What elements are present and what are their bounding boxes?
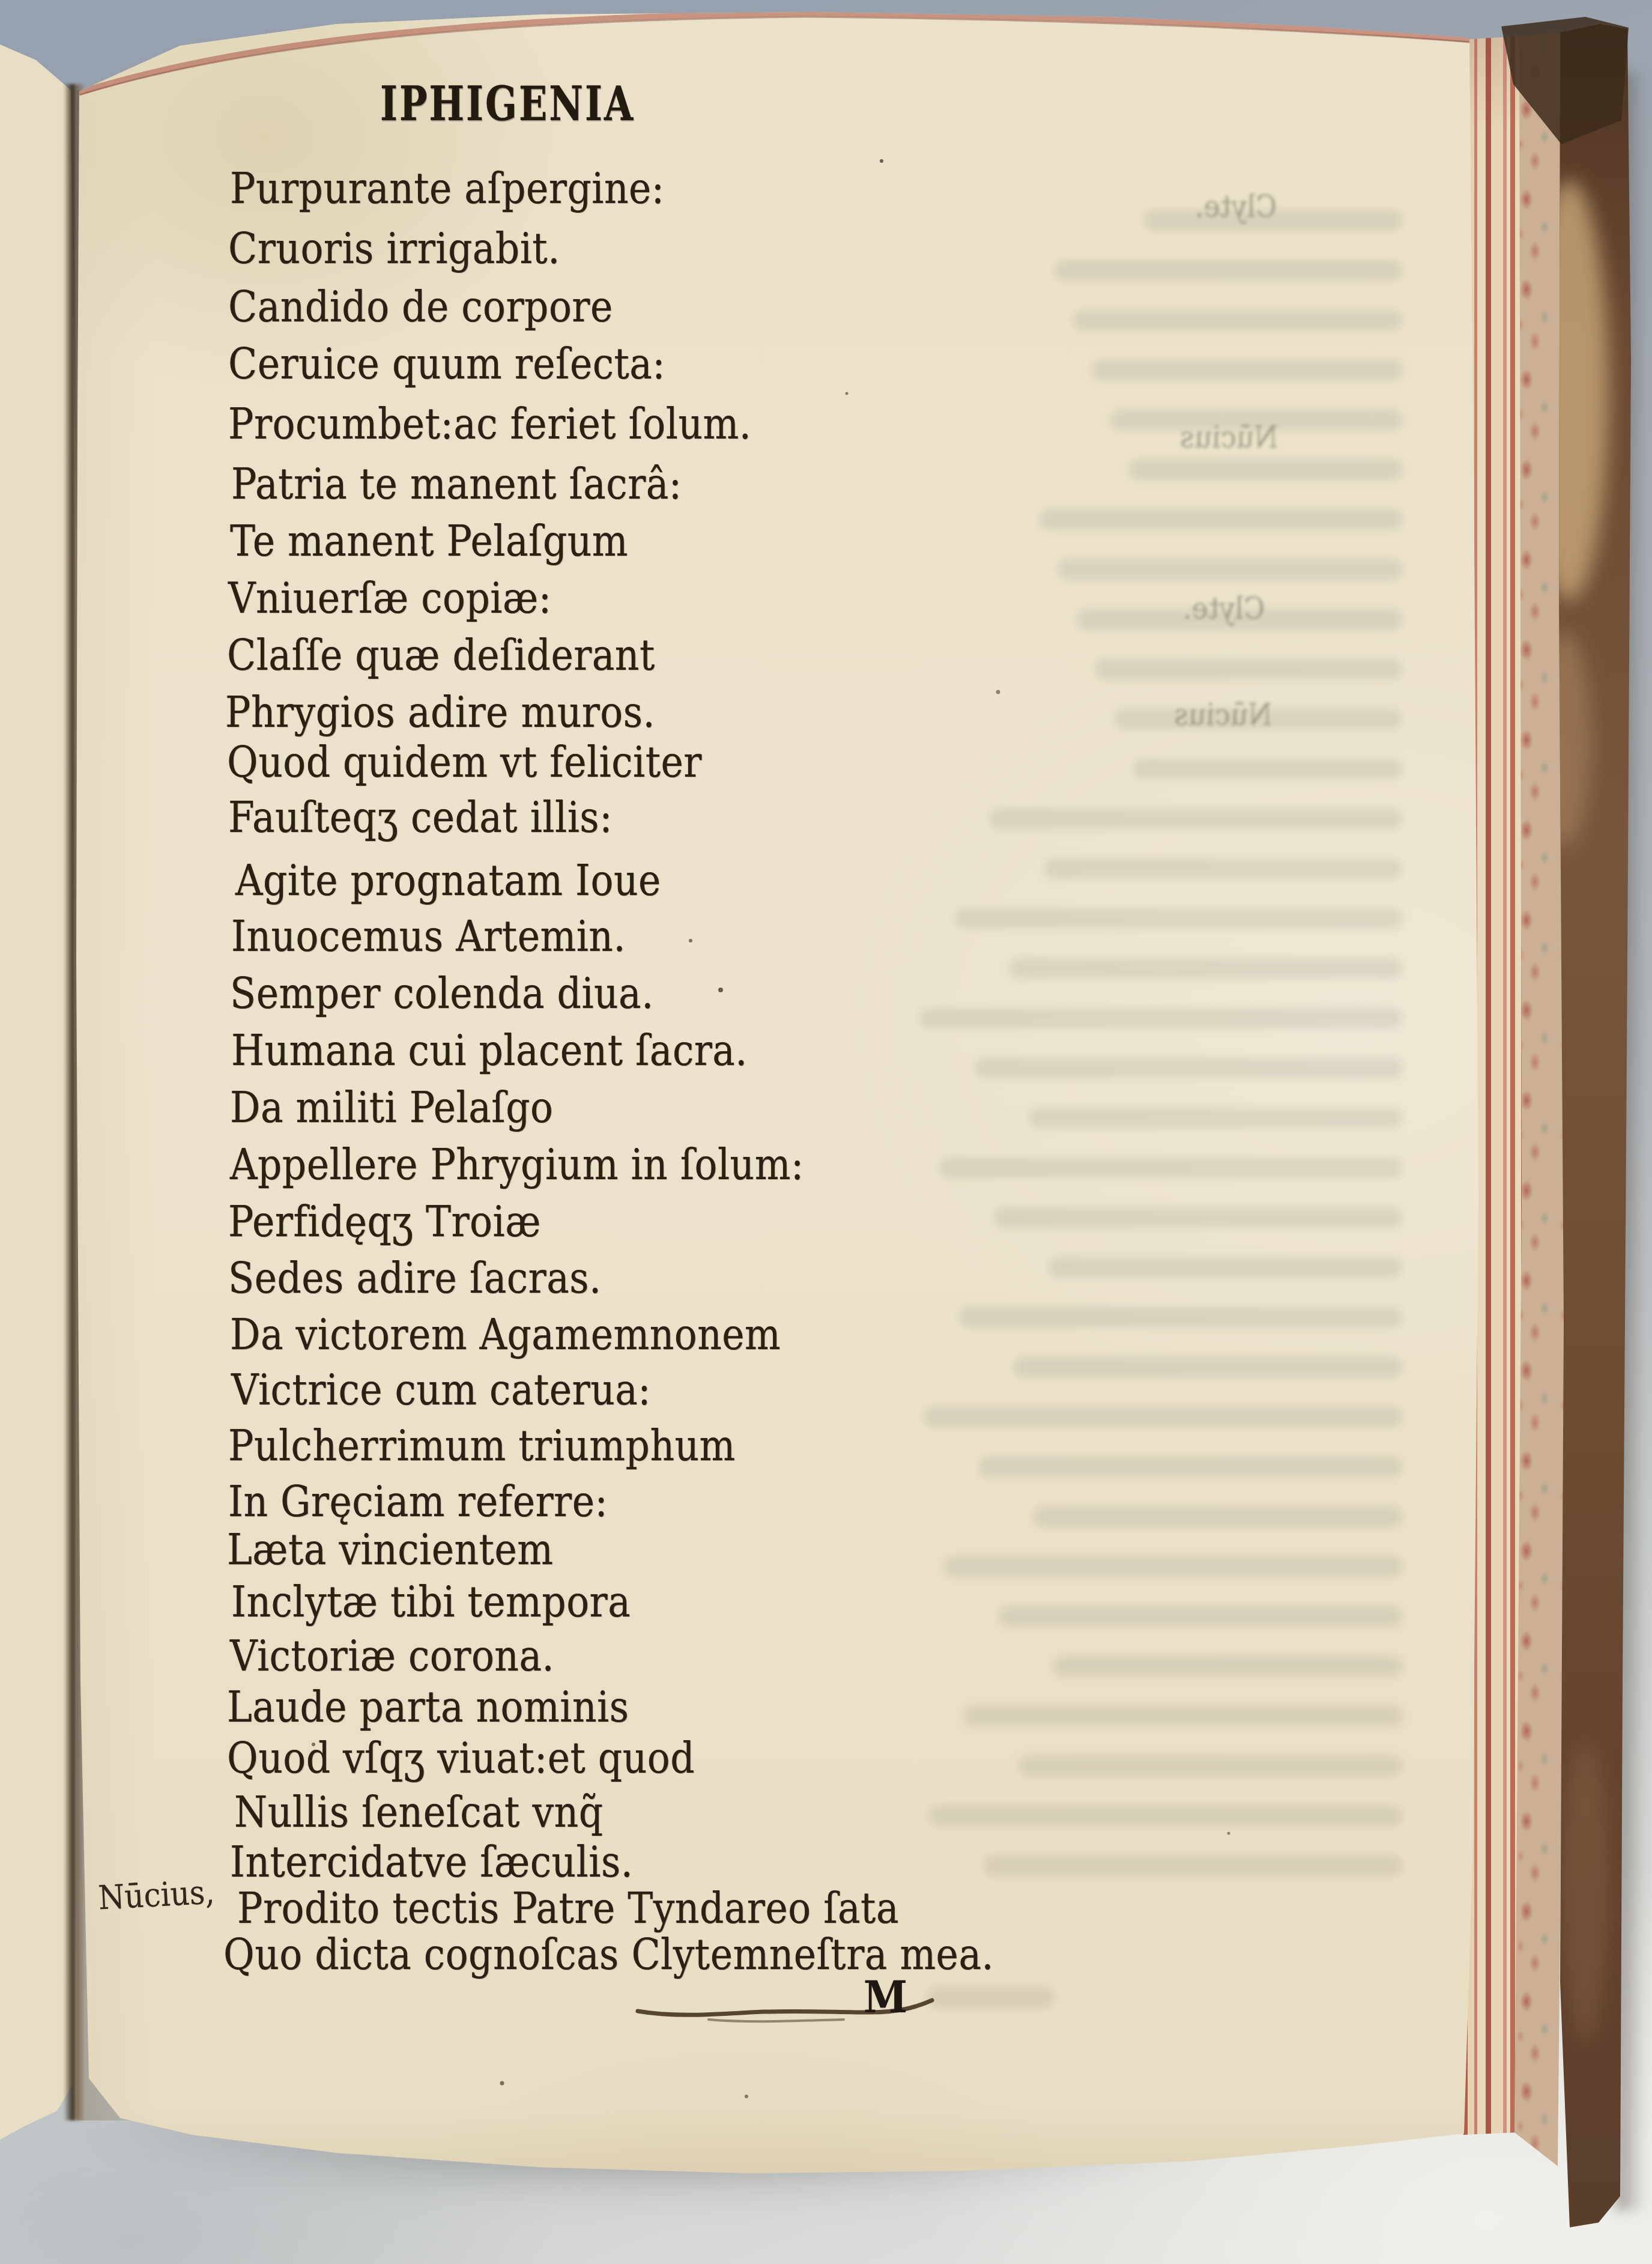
ghost-line <box>1092 360 1402 380</box>
ghost-line <box>929 1806 1402 1826</box>
text-line: Victrice cum caterua: <box>231 1365 651 1414</box>
text-line: Nullis ſeneſcat vnq̃ <box>234 1787 603 1836</box>
ghost-label: Clyte. <box>1195 188 1277 223</box>
ghost-line <box>1044 858 1402 879</box>
ghost-line <box>964 1706 1402 1726</box>
photo-of-open-book: Clyte.NūciusClyte.Nūcius IPHIGENIA Purpu… <box>0 0 1652 2264</box>
text-line: Inclytæ tibi tempora <box>231 1577 631 1626</box>
text-line: Da victorem Agamemnonem <box>230 1310 781 1359</box>
signature-mark: M <box>864 1971 907 2023</box>
text-line: Cruoris irrigabit. <box>228 223 560 273</box>
top-edge-stain-line <box>79 17 1469 95</box>
page-title: IPHIGENIA <box>375 76 640 132</box>
text-line: Da militi Pelaſgo <box>230 1082 553 1132</box>
ghost-line <box>1073 310 1402 330</box>
text-line: Te manent Pelaſgum <box>230 516 628 565</box>
ghost-line <box>979 1457 1402 1477</box>
text-line: Intercidatve ſæculis. <box>230 1837 633 1886</box>
ghost-line <box>989 809 1402 829</box>
text-line: Victoriæ corona. <box>230 1631 554 1680</box>
ghost-line <box>1053 1656 1402 1677</box>
ghost-line <box>1014 1357 1402 1377</box>
text-line: Semper colenda diua. <box>230 968 654 1018</box>
ghost-line <box>944 1556 1402 1577</box>
text-line: Ceruice quum reſecta: <box>228 339 665 388</box>
ink-specks <box>312 159 1230 2098</box>
ghost-line <box>959 1307 1402 1328</box>
text-line: Laude parta nominis <box>227 1682 629 1731</box>
ghost-line <box>1029 1108 1402 1128</box>
ghost-line <box>1048 1257 1402 1278</box>
text-line: Vniuerſæ copiæ: <box>228 573 551 622</box>
text-line: Fauſteqʒ cedat illis: <box>228 792 613 842</box>
top-edge-stain <box>79 13 1469 93</box>
ghost-line <box>954 908 1402 929</box>
ghost-line <box>974 1058 1402 1078</box>
text-line: Perfidęqʒ Troiæ <box>228 1197 541 1246</box>
ghost-line <box>919 1008 1402 1028</box>
text-line: Appellere Phrygium in ſolum: <box>230 1140 804 1189</box>
ghost-line <box>1009 958 1402 979</box>
text-line: Claſſe quæ deſiderant <box>227 630 655 679</box>
speaker-label: Nūcius, <box>97 1873 216 1917</box>
ghost-label: Clyte. <box>1183 590 1265 625</box>
page-marks-overlay <box>0 0 1652 2264</box>
handwritten-underline <box>638 2000 932 2015</box>
ghost-line <box>1039 509 1402 530</box>
ghost-line <box>1033 1507 1402 1527</box>
ghost-line <box>1077 609 1402 630</box>
ghost-line <box>928 1987 1054 2008</box>
ghost-label: Nūcius <box>1180 419 1278 454</box>
ghost-line <box>939 1158 1402 1178</box>
ghost-label: Nūcius <box>1174 696 1272 732</box>
ghost-line <box>999 1606 1402 1627</box>
text-line: Humana cui placent ſacra. <box>231 1025 748 1075</box>
text-line: Quo dicta cognoſcas Clytemneſtra mea. <box>223 1929 994 1979</box>
text-line: In Gręciam referre: <box>228 1476 608 1526</box>
text-line: Quod quidem vt feliciter <box>227 737 702 786</box>
text-line: Candido de corpore <box>228 282 613 331</box>
ghost-line <box>1058 559 1402 580</box>
text-line: Procumbet:ac feriet ſolum. <box>228 399 751 448</box>
ghost-line <box>1018 1756 1402 1776</box>
ghost-line <box>1114 709 1402 729</box>
text-line: Pulcherrimum triumphum <box>228 1421 736 1470</box>
text-line: Phrygios adire muros. <box>225 687 655 736</box>
ghost-line <box>1144 210 1402 231</box>
text-line: Patria te manent ſacrâ: <box>231 459 682 508</box>
text-line: Purpurante aſpergine: <box>230 163 665 213</box>
text-line: Sedes adire ſacras. <box>228 1253 602 1302</box>
text-line: Inuocemus Artemin. <box>231 911 626 961</box>
handwritten-underline-second-stroke <box>709 2020 844 2021</box>
ghost-line <box>984 1856 1402 1876</box>
ghost-line <box>1129 460 1402 480</box>
text-line: Læta vincientem <box>227 1525 553 1574</box>
text-line: Prodito tectis Patre Tyndareo ſata <box>237 1883 899 1932</box>
text-line: Agite prognatam Ioue <box>235 855 661 905</box>
ghost-line <box>924 1407 1402 1427</box>
ghost-line <box>1095 659 1402 679</box>
ghost-line <box>1133 759 1402 779</box>
leather-worn-patch <box>1561 1742 1609 2042</box>
text-line: Quod vſqʒ viuat:et quod <box>227 1733 695 1782</box>
book-page: Clyte.NūciusClyte.Nūcius IPHIGENIA Purpu… <box>0 0 1652 2264</box>
ghost-line <box>1110 410 1402 430</box>
ghost-line <box>1054 260 1402 281</box>
ghost-line <box>994 1207 1402 1228</box>
